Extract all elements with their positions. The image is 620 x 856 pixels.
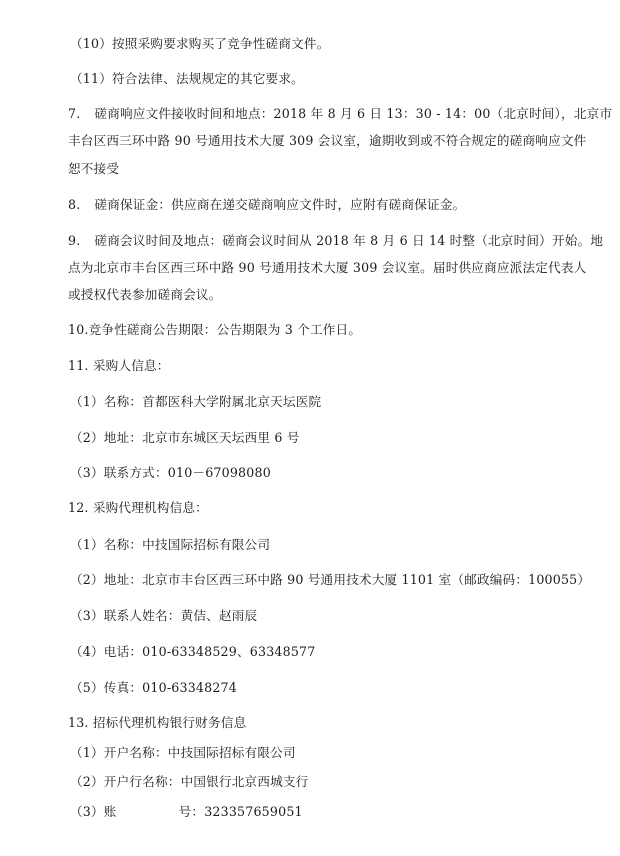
- section-13-heading: 13. 招标代理机构银行财务信息: [68, 715, 246, 731]
- purchaser-address: （2）地址：北京市东城区天坛西里 6 号: [70, 430, 300, 446]
- section-7-line-1: 7.磋商响应文件接收时间和地点：2018 年 8 月 6 日 13：30 - 1…: [68, 106, 612, 122]
- section-number: 7.: [68, 106, 80, 121]
- section-9-line-1: 9.磋商会议时间及地点：磋商会议时间从 2018 年 8 月 6 日 14 时整…: [68, 233, 603, 249]
- agency-contact-person: （3）联系人姓名：黄佶、赵雨辰: [70, 608, 257, 624]
- purchaser-contact: （3）联系方式：010－67098080: [70, 465, 271, 481]
- section-number: 9.: [68, 233, 80, 248]
- account-label-b: 号：323357659051: [179, 804, 303, 819]
- section-7-text: 磋商响应文件接收时间和地点：2018 年 8 月 6 日 13：30 - 14：…: [94, 106, 612, 121]
- agency-fax: （5）传真：010-63348274: [70, 680, 237, 696]
- requirement-11: （11）符合法律、法规规定的其它要求。: [70, 71, 304, 87]
- section-9-line-2: 点为北京市丰台区西三环中路 90 号通用技术大厦 309 会议室。届时供应商应派…: [68, 260, 586, 276]
- requirement-10: （10）按照采购要求购买了竞争性磋商文件。: [70, 36, 330, 52]
- bank-account-name: （1）开户名称：中技国际招标有限公司: [70, 745, 296, 761]
- agency-phone: （4）电话：010-63348529、63348577: [70, 644, 315, 660]
- purchaser-name: （1）名称：首都医科大学附属北京天坛医院: [70, 394, 321, 410]
- section-8-text: 磋商保证金：供应商在递交磋商响应文件时，应附有磋商保证金。: [94, 197, 465, 212]
- bank-account-number: （3）账号：323357659051: [70, 804, 303, 820]
- section-12-heading: 12. 采购代理机构信息：: [68, 500, 208, 516]
- section-9-line-3: 或授权代表参加磋商会议。: [68, 287, 222, 303]
- section-8: 8.磋商保证金：供应商在递交磋商响应文件时，应附有磋商保证金。: [68, 197, 465, 213]
- agency-address: （2）地址：北京市丰台区西三环中路 90 号通用技术大厦 1101 室（邮政编码…: [70, 572, 590, 588]
- section-7-line-3: 恕不接受: [68, 161, 119, 177]
- section-7-line-2: 丰台区西三环中路 90 号通用技术大厦 309 会议室，逾期收到或不符合规定的磋…: [68, 133, 586, 149]
- account-label-a: （3）账: [70, 804, 117, 819]
- agency-name: （1）名称：中技国际招标有限公司: [70, 537, 270, 553]
- section-number: 8.: [68, 197, 80, 212]
- section-11-heading: 11. 采购人信息：: [68, 358, 170, 374]
- section-9-text: 磋商会议时间及地点：磋商会议时间从 2018 年 8 月 6 日 14 时整（北…: [94, 233, 603, 248]
- bank-name: （2）开户行名称：中国银行北京西城支行: [70, 774, 309, 790]
- section-10: 10.竞争性磋商公告期限：公告期限为 3 个工作日。: [68, 322, 361, 338]
